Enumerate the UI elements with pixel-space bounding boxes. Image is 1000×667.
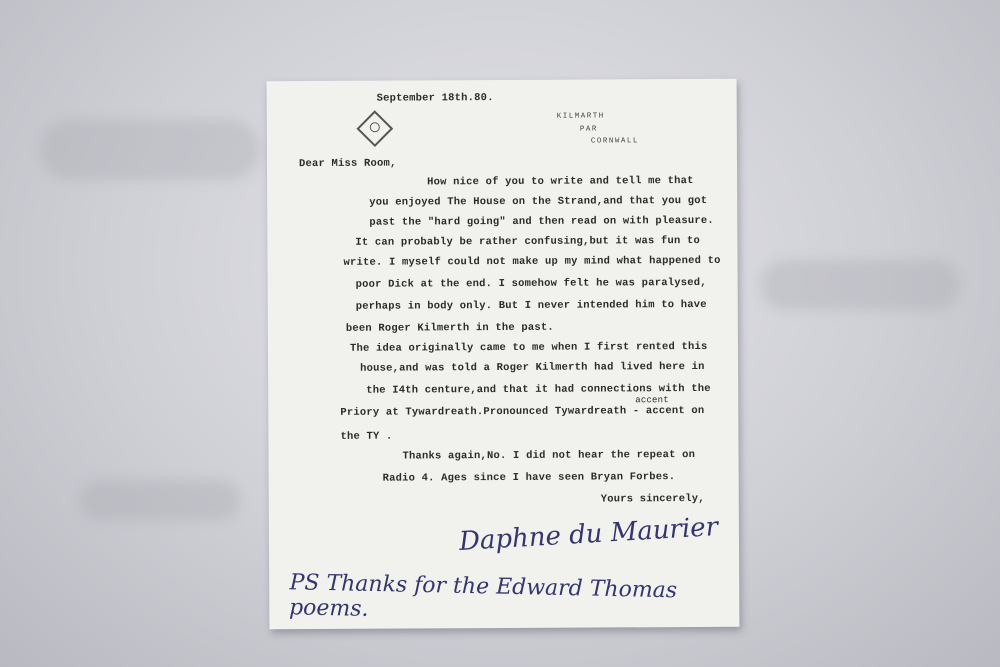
body-line: write. I myself could not make up my min… xyxy=(343,255,720,269)
letter-date: September 18th.80. xyxy=(377,92,494,105)
body-line: perhaps in body only. But I never intend… xyxy=(356,299,707,313)
crest-icon xyxy=(356,110,393,147)
body-line: been Roger Kilmerth in the past. xyxy=(346,322,554,335)
body-line: house,and was told a Roger Kilmerth had … xyxy=(360,361,705,375)
address-line: CORNWALL xyxy=(591,137,639,145)
body-line: the TY . xyxy=(340,431,392,443)
body-line: Radio 4. Ages since I have seen Bryan Fo… xyxy=(383,471,676,485)
body-line: Thanks again,No. I did not hear the repe… xyxy=(403,449,696,463)
body-line: Priory at Tywardreath.Pronounced Tywardr… xyxy=(340,405,704,419)
body-line: past the "hard going" and then read on w… xyxy=(369,215,714,229)
closing: Yours sincerely, xyxy=(601,493,705,506)
postscript: PS Thanks for the Edward Thomas poems. xyxy=(289,570,740,629)
cloth-fold xyxy=(40,120,260,180)
address-line: PAR xyxy=(580,126,598,134)
address-line: KILMARTH xyxy=(557,112,605,120)
body-line: you enjoyed The House on the Strand,and … xyxy=(369,195,707,209)
salutation: Dear Miss Room, xyxy=(299,158,397,171)
signature: Daphne du Maurier xyxy=(458,512,719,557)
body-line: It can probably be rather confusing,but … xyxy=(355,235,700,249)
typed-letter: September 18th.80. KILMARTH PAR CORNWALL… xyxy=(267,79,740,629)
body-line: How nice of you to write and tell me tha… xyxy=(427,175,694,188)
body-line: The idea originally came to me when I fi… xyxy=(350,341,708,355)
typed-correction: accent xyxy=(635,395,669,405)
cloth-fold xyxy=(80,480,240,520)
cloth-fold xyxy=(760,260,960,310)
body-line: poor Dick at the end. I somehow felt he … xyxy=(356,277,707,291)
